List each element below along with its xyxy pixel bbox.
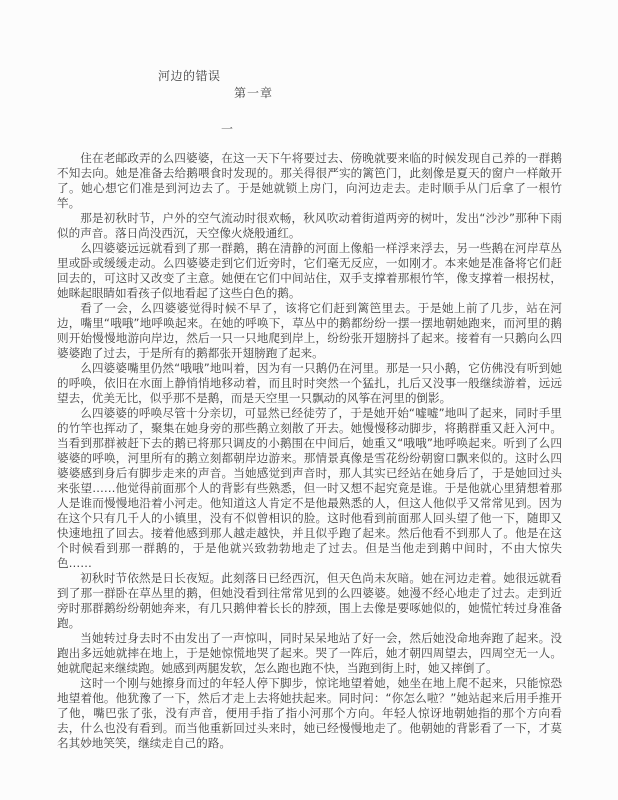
body-text: 住在老邮政弄的么四婆婆，在这一天下午将要过去、傍晚就要来临的时候发现自己养的一群… xyxy=(57,151,562,751)
paragraph: 这时一个刚与她擦身而过的年轻人停下脚步，惊诧地望着她，她坐在地上爬不起来，只能惊… xyxy=(57,676,562,751)
paragraph: 么四婆婆远远就看到了那一群鹅，鹅在清静的河面上像船一样浮来浮去，另一些鹅在河岸草… xyxy=(57,241,562,301)
document-page: 河边的错误 第一章 一 住在老邮政弄的么四婆婆，在这一天下午将要过去、傍晚就要来… xyxy=(0,0,618,800)
paragraph: 当她转过身去时不由发出了一声惊叫，同时呆呆地站了好一会，然后她没命地奔跑了起来。… xyxy=(57,631,562,676)
section-number: 一 xyxy=(221,122,233,137)
book-title: 河边的错误 xyxy=(158,69,221,84)
paragraph: 么四婆婆嘴里仍然“哦哦”地叫着，因为有一只鹅仍在河里。那是一只小鹅，它仿佛没有听… xyxy=(57,361,562,406)
paragraph: 初秋时节依然是日长夜短。此刻落日已经西沉，但天色尚未灰暗。她在河边走着。她很远就… xyxy=(57,571,562,631)
paragraph: 住在老邮政弄的么四婆婆，在这一天下午将要过去、傍晚就要来临的时候发现自己养的一群… xyxy=(57,151,562,211)
paragraph: 那是初秋时节，户外的空气流动时很欢畅，秋风吹动着街道两旁的树叶，发出“沙沙”那种… xyxy=(57,211,562,241)
paragraph: 么四婆婆的呼唤尽管十分亲切，可显然已经徒劳了，于是她开始“嘘嘘”地叫了起来，同时… xyxy=(57,406,562,571)
chapter-heading: 第一章 xyxy=(234,86,273,101)
paragraph: 看了一会，么四婆婆觉得时候不早了，该将它们赶到篱笆里去。于是她上前了几步，站在河… xyxy=(57,301,562,361)
